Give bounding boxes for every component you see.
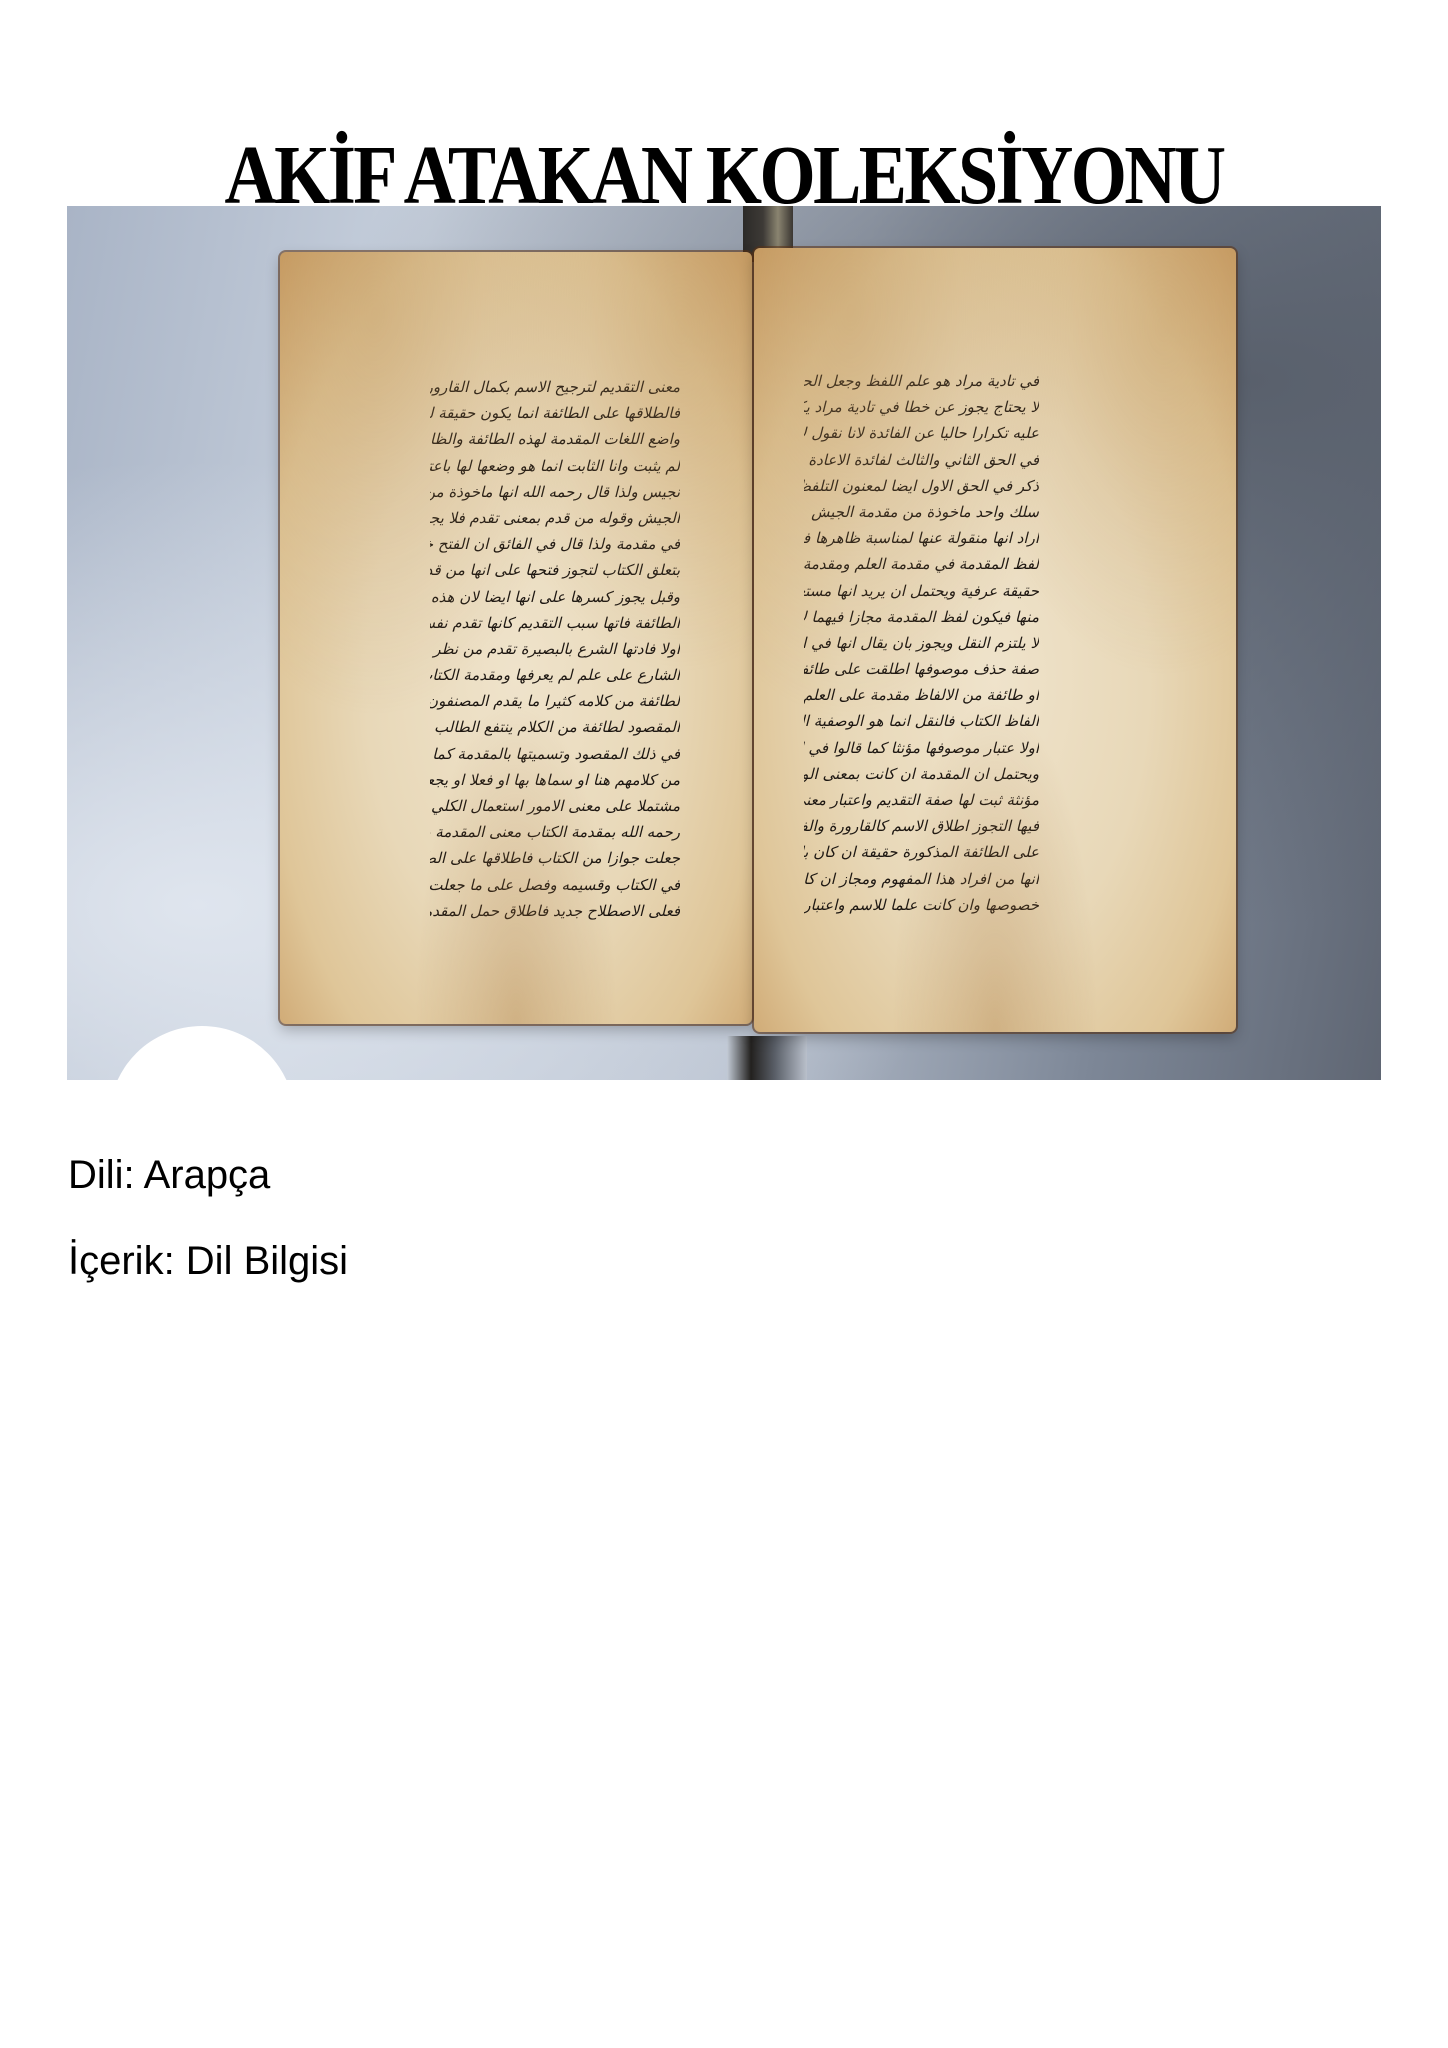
text-line: الطائفة فاتها سبب التقديم كانها تقدم نفس… bbox=[430, 610, 680, 636]
white-circle-overlay bbox=[109, 1026, 295, 1080]
text-line: مؤنثة ثبت لها صفة التقديم واعتبار معنى ا… bbox=[804, 787, 1039, 813]
text-line: لم يثبت وانا الثابت انما هو وضعها لها با… bbox=[430, 453, 680, 479]
text-line: ذكر في الحق الاول ايضا لمعنون التلفظ في bbox=[804, 473, 1039, 499]
text-line: فعلى الاصطلاح جديد فاطلاق حمل المقدمة ال… bbox=[430, 898, 680, 924]
text-line: اولا فادتها الشرع بالبصيرة تقدم من نظر ف… bbox=[430, 636, 680, 662]
text-line: بتعلق الكتاب لتجوز فتحها على انها من قدم… bbox=[430, 557, 680, 583]
text-line: سلك واحد ماخوذة من مقدمة الجيش bbox=[804, 499, 1039, 525]
text-line: معنى التقديم لترجيح الاسم بكمال القارورة… bbox=[430, 374, 680, 400]
text-line: منها فيكون لفظ المقدمة مجازا فيهما لا يب… bbox=[804, 604, 1039, 630]
book-spine-bottom bbox=[727, 1036, 807, 1080]
text-line: الجيش وقوله من قدم بمعنى تقدم فلا يجوز ف… bbox=[430, 505, 680, 531]
text-line: اولا عتبار موصوفها مؤنثا كما قالوا في لف… bbox=[804, 735, 1039, 761]
text-line: لفظ المقدمة في مقدمة العلم ومقدمة الكتاب bbox=[804, 551, 1039, 577]
text-line: لطائفة من كلامه كثيرا ما يقدم المصنفون ق… bbox=[430, 688, 680, 714]
text-line: واضع اللغات المقدمة لهذه الطائفة والظاهر… bbox=[430, 426, 680, 452]
text-line: ويحتمل ان المقدمة ان كانت بمعنى الوصف ال… bbox=[804, 761, 1039, 787]
text-line: فالطلاقها على الطائفة انما يكون حقيقة لو… bbox=[430, 400, 680, 426]
text-line: من كلامهم هنا او سماها بها او فعلا او يج… bbox=[430, 767, 680, 793]
text-line: في ذلك المقصود وتسميتها بالمقدمة كما يسم… bbox=[430, 741, 680, 767]
text-line: نجيس ولذا قال رحمه الله انها ماخوذة من م… bbox=[430, 479, 680, 505]
text-line: حقيقة عرفية ويحتمل ان يريد انها مستعارة bbox=[804, 578, 1039, 604]
text-line: الفاظ الكتاب فالنقل انما هو الوصفية الى … bbox=[804, 708, 1039, 734]
text-line: رحمه الله بمقدمة الكتاب معنى المقدمة بمع… bbox=[430, 819, 680, 845]
language-field: Dili: Arapça bbox=[68, 1152, 270, 1198]
manuscript-left-page: معنى التقديم لترجيح الاسم بكمال القارورة… bbox=[280, 252, 752, 1024]
left-page-text: معنى التقديم لترجيح الاسم بكمال القارورة… bbox=[430, 374, 680, 954]
content-field: İçerik: Dil Bilgisi bbox=[68, 1238, 348, 1284]
text-line: لا يحتاج يجوز عن خطا في تادية مراد يكون … bbox=[804, 394, 1039, 420]
text-line: عليه تكرارا حاليا عن الفائدة لانا نقول ل… bbox=[804, 420, 1039, 446]
text-line: او طائفة من الالفاظ مقدمة على العلم او ع… bbox=[804, 682, 1039, 708]
text-line: في الكتاب وقسيمه وفصل على ما جعلت اجزاؤه bbox=[430, 872, 680, 898]
text-line: انها من افراد هذا المفهوم ومجاز ان كان ب… bbox=[804, 866, 1039, 892]
text-line: صفة حذف موصوفها اطلقت على طائفة من الفاظ bbox=[804, 656, 1039, 682]
text-line: لا يلتزم النقل ويجوز بان يقال انها في ال… bbox=[804, 630, 1039, 656]
text-line: خصوصها وان كانت علما للاسم واعتبار معنى bbox=[804, 892, 1039, 918]
text-line: الشارع على علم لم يعرفها ومقدمة الكتاب bbox=[430, 662, 680, 688]
text-line: جعلت جوازا من الكتاب فاطلاقها على الطائف… bbox=[430, 845, 680, 871]
manuscript-right-page: في تادية مراد هو علم اللفظ وجعل الحق الا… bbox=[754, 248, 1236, 1032]
right-page-text: في تادية مراد هو علم اللفظ وجعل الحق الا… bbox=[804, 368, 1039, 928]
text-line: وقبل يجوز كسرها على انها ايضا لان هذه bbox=[430, 584, 680, 610]
text-line: في تادية مراد هو علم اللفظ وجعل الحق الا… bbox=[804, 368, 1039, 394]
text-line: اراد انها منقولة عنها لمناسبة ظاهرها فيك… bbox=[804, 525, 1039, 551]
text-line: فيها التجوز اطلاق الاسم كالقارورة والفائ… bbox=[804, 813, 1039, 839]
text-line: على الطائفة المذكورة حقيقة ان كان باعتبا… bbox=[804, 839, 1039, 865]
text-line: المقصود لطائفة من الكلام ينتفع الطالب با… bbox=[430, 714, 680, 740]
text-line: في مقدمة ولذا قال في الفائق ان الفتح خلف… bbox=[430, 531, 680, 557]
text-line: مشتملا على معنى الامور استعمال الكلي على… bbox=[430, 793, 680, 819]
text-line: في الحق الثاني والثالث لفائدة الاعادة في… bbox=[804, 447, 1039, 473]
manuscript-photo: معنى التقديم لترجيح الاسم بكمال القارورة… bbox=[67, 206, 1381, 1080]
